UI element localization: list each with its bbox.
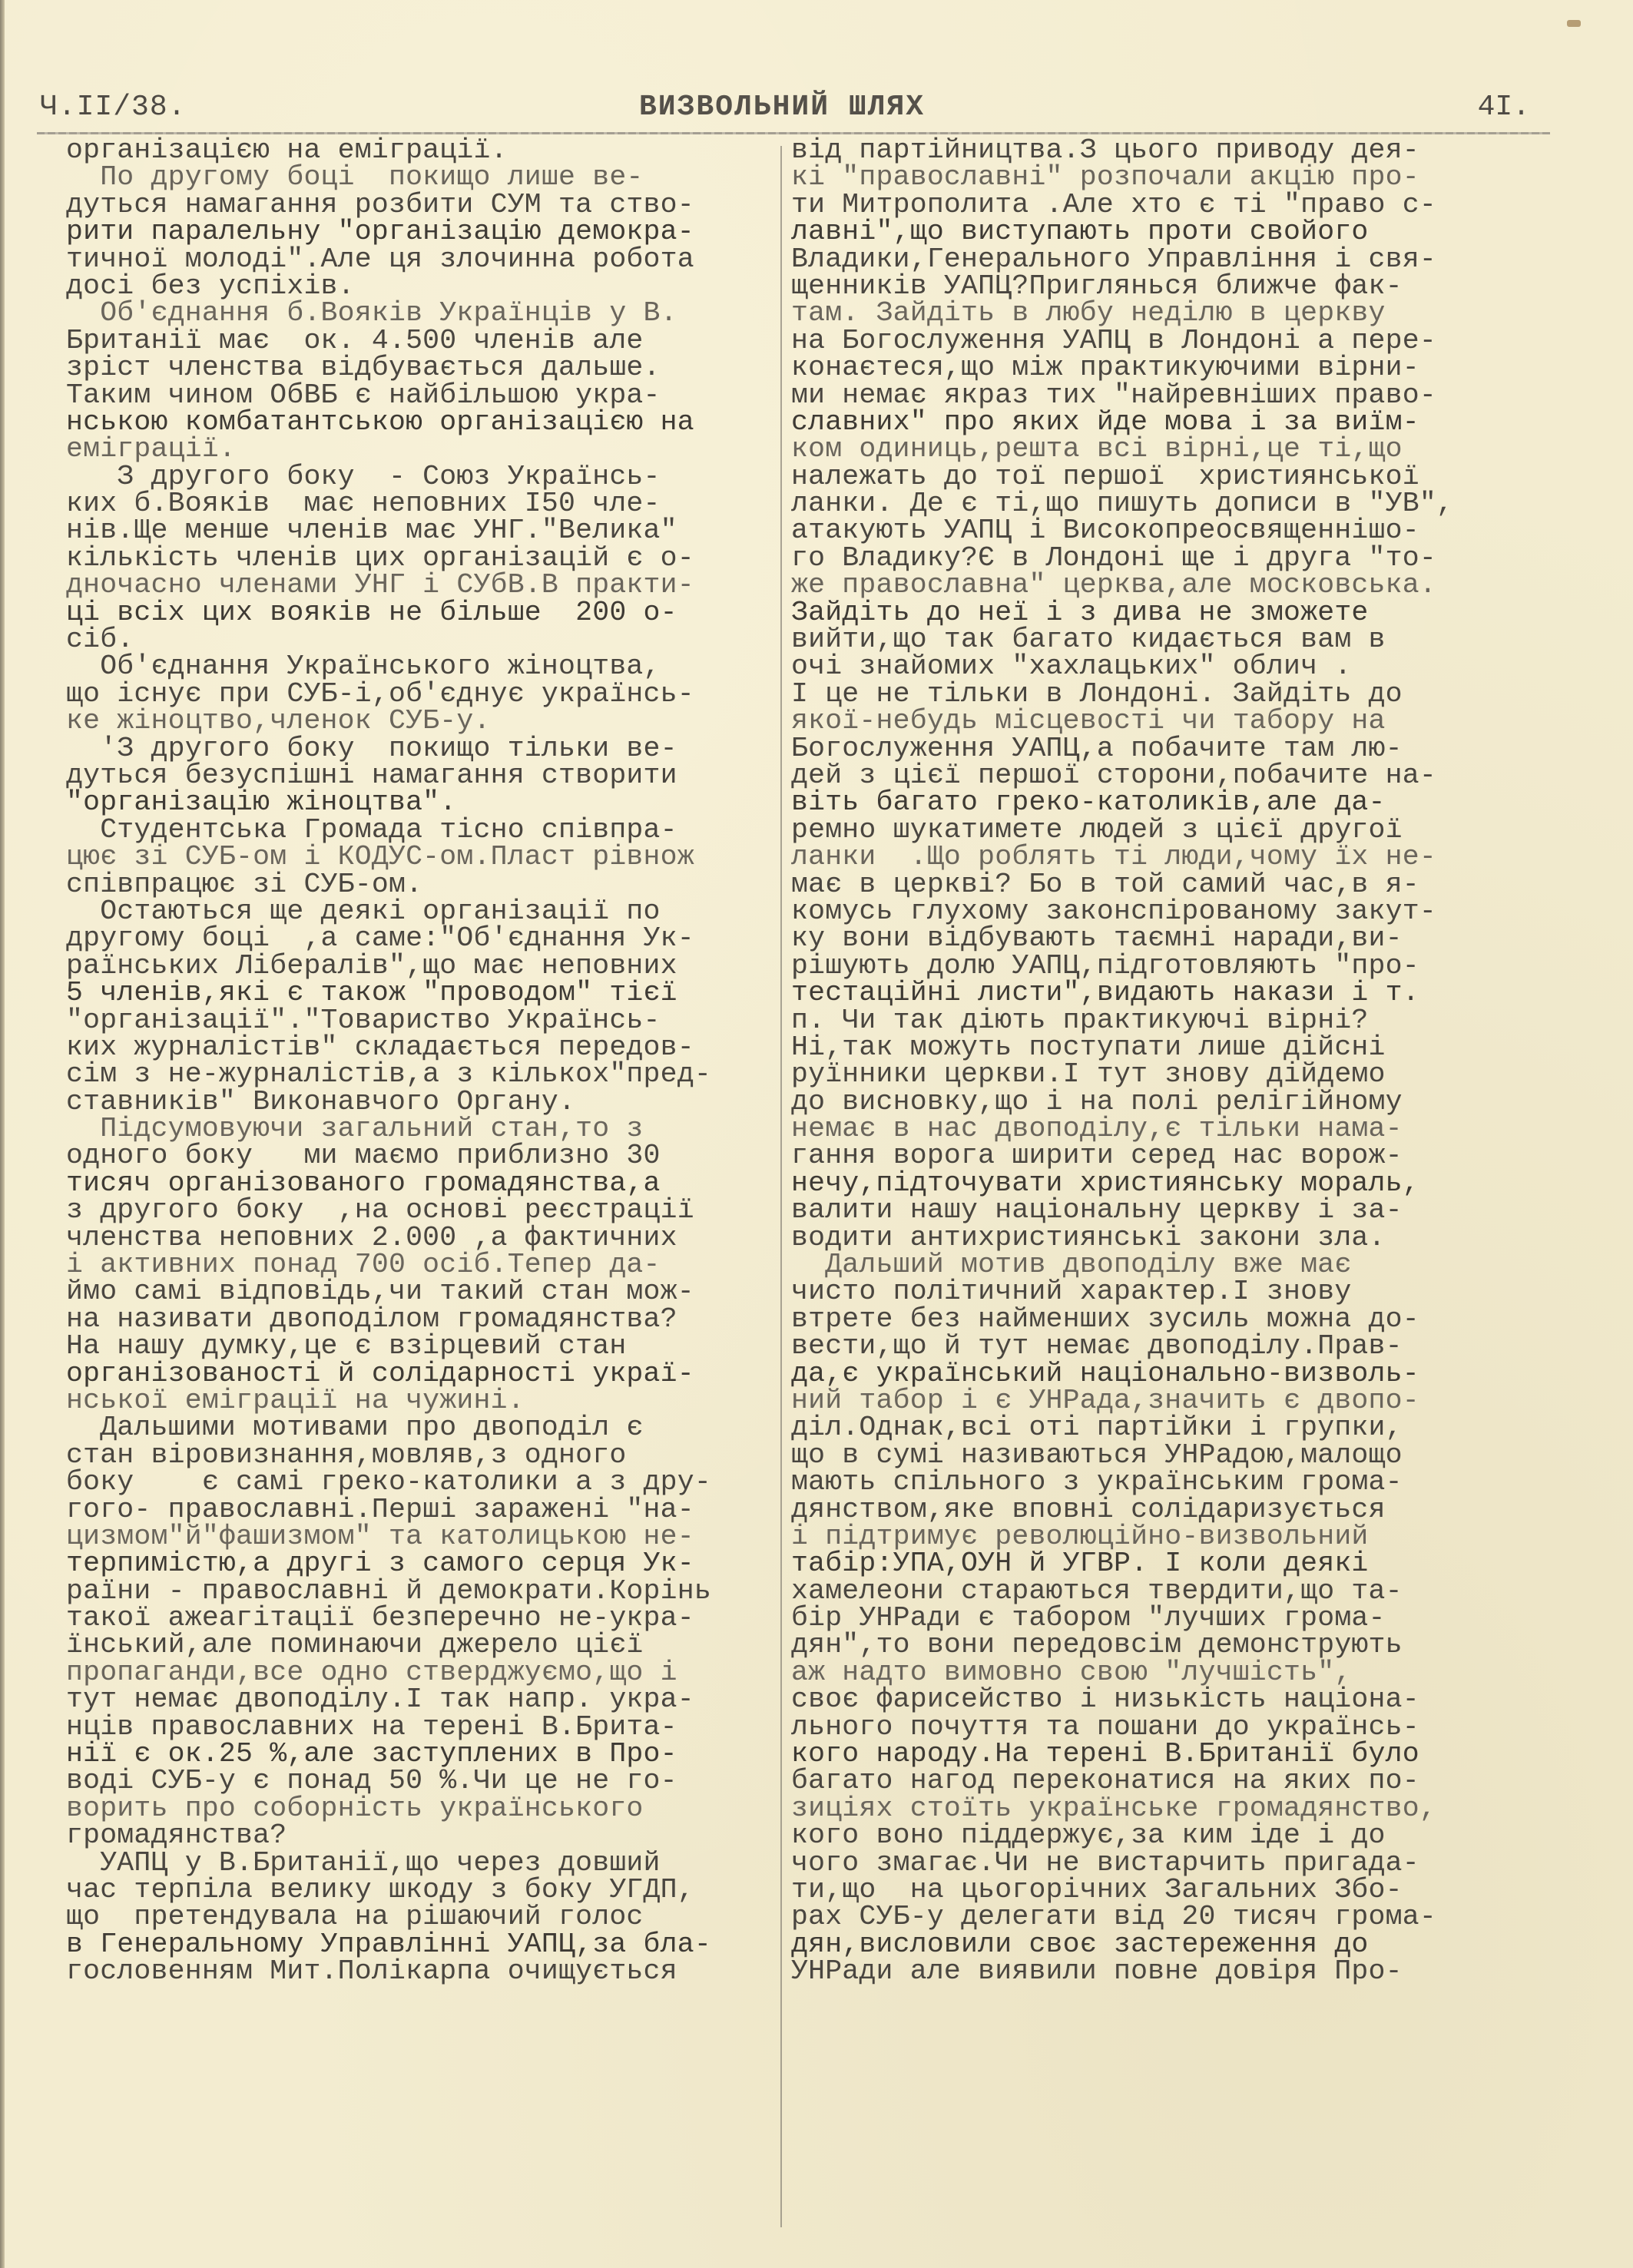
text-line: громадянства? [66, 1822, 773, 1849]
text-line: там. Зайдіть в любу неділю в церкву [791, 300, 1529, 326]
page-number: 4I. [1478, 91, 1530, 124]
text-line: чисто політичний характер.І знову [791, 1278, 1529, 1305]
text-line: Владики,Генерального Управління і свя- [791, 246, 1529, 273]
text-line: рити паралельну "організацію демокра- [66, 218, 773, 245]
text-line: пропаганди,все одно стверджуємо,що і [66, 1659, 773, 1686]
text-line: дуться безуспішні намагання створити [66, 762, 773, 789]
text-line: дянством,яке вповні солідаризується [791, 1496, 1529, 1523]
text-line: що претендувала на рішаючий голос [66, 1903, 773, 1930]
text-line: належать до тої першої християнської [791, 463, 1529, 490]
text-line: такої ажеагітації безперечно не-укра- [66, 1604, 773, 1631]
text-line: 5 членів,які є також "проводом" тієї [66, 979, 773, 1006]
text-line: кількість членів цих організацій є о- [66, 545, 773, 571]
text-line: Об'єднання б.Вояків Українців у В. [66, 300, 773, 326]
text-line: конаєтеся,що між практикуючими вірни- [791, 354, 1529, 381]
text-line: співпрацює зі СУБ-ом. [66, 871, 773, 898]
text-line: лавні",що виступають проти свойого [791, 218, 1529, 245]
text-line: Дальший мотив двоподілу вже має [791, 1251, 1529, 1278]
text-line: ми немає якраз тих "найревніших право- [791, 382, 1529, 409]
text-line: має в церкві? Бо в той самий час,в я- [791, 871, 1529, 898]
text-line: нців православних на терені В.Брита- [66, 1713, 773, 1740]
text-line: ймо самі відповідь,чи такий стан мож- [66, 1278, 773, 1305]
text-line: рішують долю УАПЦ,підготовляють "про- [791, 952, 1529, 979]
text-line: атакують УАПЦ і Високопреосвященнішо- [791, 517, 1529, 544]
text-line: ком одиниць,решта всі вірні,це ті,що [791, 435, 1529, 462]
text-line: ремно шукатимете людей з цієї другої [791, 816, 1529, 843]
text-line: чого змагає.Чи не вистарчить пригада- [791, 1849, 1529, 1876]
text-line: на називати двоподілом громадянства? [66, 1306, 773, 1333]
text-line: тичної молоді".Але ця злочинна робота [66, 246, 773, 273]
page-edge-shadow [0, 0, 5, 2268]
text-line: комусь глухому законспірованому закут- [791, 898, 1529, 925]
journal-title: ВИЗВОЛЬНИЙ ШЛЯХ [639, 91, 925, 124]
text-line: Студентська Громада тісно співпра- [66, 816, 773, 843]
text-line: гого- православні.Перші заражені "на- [66, 1496, 773, 1523]
text-line: го Владику?Є в Лондоні ще і друга "то- [791, 545, 1529, 571]
text-line: немає в нас двоподілу,є тільки нама- [791, 1115, 1529, 1142]
text-line: ке жіноцтво,членок СУБ-у. [66, 707, 773, 734]
text-line: Підсумовуючи загальний стан,то з [66, 1115, 773, 1142]
text-line: дян",то вони передовсім демонструють [791, 1631, 1529, 1658]
text-line: дей з цієї першої сторони,побачите на- [791, 762, 1529, 789]
text-line: І це не тільки в Лондоні. Зайдіть до [791, 680, 1529, 707]
text-line: їнський,але поминаючи джерело цієї [66, 1631, 773, 1658]
text-line: ти,що на цьогорічних Загальних Збо- [791, 1876, 1529, 1903]
text-line: ланки .Що роблять ті люди,чому їх не- [791, 843, 1529, 870]
text-line: Таким чином ОбВБ є найбільшою укра- [66, 382, 773, 409]
text-line: зиціях стоїть українське громадянство, [791, 1795, 1529, 1822]
text-line: Об'єднання Українського жіноцтва, [66, 653, 773, 680]
text-line: зріст членства відбувається дальше. [66, 354, 773, 381]
text-line: Остаються ще деякі організації по [66, 898, 773, 925]
text-line: з другого боку ,на основі реєстрації [66, 1197, 773, 1223]
text-line: ворить про соборність українського [66, 1795, 773, 1822]
text-line: УНРади але виявили повне довіря Про- [791, 1958, 1529, 1985]
text-line: сім з не-журналістів,а з кількох"пред- [66, 1061, 773, 1088]
text-line: організованості й солідарності украї- [66, 1360, 773, 1387]
text-line: своє фарисейство і низькість націона- [791, 1686, 1529, 1713]
text-line: нів.Ще менше членів має УНГ."Велика" [66, 517, 773, 544]
text-line: другому боці ,а саме:"Об'єднання Ук- [66, 925, 773, 952]
text-line: еміграції. [66, 435, 773, 462]
text-line: "організацію жіноцтва". [66, 789, 773, 816]
text-line: "організації"."Товариство Українсь- [66, 1007, 773, 1034]
text-line: тут немає двоподілу.І так напр. укра- [66, 1686, 773, 1713]
text-line: Зайдіть до неї і з дива не зможете [791, 599, 1529, 626]
text-line: очі знайомих "хахлацьких" облич . [791, 653, 1529, 680]
text-line: досі без успіхів. [66, 273, 773, 300]
text-line: руїнники церкви.І тут знову дійдемо [791, 1061, 1529, 1088]
text-line: до висновку,що і на полі релігійному [791, 1088, 1529, 1115]
text-line: віть багато греко-католиків,але да- [791, 789, 1529, 816]
text-line: аж надто вимовно свою "лучшість", [791, 1659, 1529, 1686]
text-line: УАПЦ у В.Британії,що через довший [66, 1849, 773, 1876]
text-line: багато нагод переконатися на яких по- [791, 1767, 1529, 1794]
text-line: цизмом"й"фашизмом" та католицькою не- [66, 1523, 773, 1550]
text-line: тестаційні листи",видають накази і т. [791, 979, 1529, 1006]
text-line: водити антихристиянські закони зла. [791, 1224, 1529, 1251]
text-line: нською комбатантською організацією на [66, 409, 773, 435]
text-line: діл.Однак,всі оті партійки і групки, [791, 1414, 1529, 1441]
text-line: вести,що й тут немає двоподілу.Прав- [791, 1333, 1529, 1359]
text-line: да,є український національно-визволь- [791, 1360, 1529, 1387]
text-line: кі "православні" розпочали акцію про- [791, 164, 1529, 190]
text-line: ку вони відбувають таємні наради,ви- [791, 925, 1529, 952]
text-line: мають спільного з українським грома- [791, 1468, 1529, 1495]
left-text-column: організацією на еміграції. По другому бо… [66, 137, 773, 1985]
text-line: вийти,що так багато кидається вам в [791, 626, 1529, 653]
text-line: ких б.Вояків має неповних I50 чле- [66, 490, 773, 517]
text-line: боку є самі греко-католики а з дру- [66, 1468, 773, 1495]
text-line: кого народу.На терені В.Британії було [791, 1740, 1529, 1767]
text-line: щенників УАПЦ?Приглянься ближче фак- [791, 273, 1529, 300]
text-line: що в сумі називаються УНРадою,малощо [791, 1442, 1529, 1468]
text-line: На нашу думку,це є взірцевий стан [66, 1333, 773, 1359]
text-line: ких журналістів" складається передов- [66, 1034, 773, 1061]
text-line: п. Чи так діють практикуючі вірні? [791, 1007, 1529, 1034]
text-line: стан віровизнання,мовляв,з одного [66, 1442, 773, 1468]
text-line: кого воно піддержує,за ким іде і до [791, 1822, 1529, 1849]
text-line: табір:УПА,ОУН й УГВР. І коли деякі [791, 1550, 1529, 1577]
text-line: дуться намагання розбити СУМ та ство- [66, 191, 773, 218]
text-line: організацією на еміграції. [66, 137, 773, 164]
text-line: дян,висловили своє застереження до [791, 1931, 1529, 1958]
text-line: ці всіх цих вояків не більше 200 о- [66, 599, 773, 626]
text-line: дночасно членами УНГ і СУбВ.В практи- [66, 571, 773, 598]
typewritten-page: Ч.II/38. ВИЗВОЛЬНИЙ ШЛЯХ 4I. організаціє… [0, 0, 1633, 2268]
text-line: бір УНРади є табором "лучших грома- [791, 1604, 1529, 1631]
text-line: Ні,так можуть поступати лише дійсні [791, 1034, 1529, 1061]
text-line: якої-небудь місцевості чи табору на [791, 707, 1529, 734]
text-line: ланки. Де є ті,що пишуть дописи в "УВ", [791, 490, 1529, 517]
text-line: терпимістю,а другі з самого серця Ук- [66, 1550, 773, 1577]
text-line: валити нашу національну церкву і за- [791, 1197, 1529, 1223]
text-line: Богослуження УАПЦ,а побачите там лю- [791, 735, 1529, 762]
text-line: 'З другого боку покищо тільки ве- [66, 735, 773, 762]
text-line: ставників" Виконавчого Органу. [66, 1088, 773, 1115]
text-line: час терпіла велику шкоду з боку УГДП, [66, 1876, 773, 1903]
text-line: раїни - православні й демократи.Корінь [66, 1578, 773, 1604]
text-line: на Богослуження УАПЦ в Лондоні а пере- [791, 327, 1529, 354]
text-line: Дальшими мотивами про двоподіл є [66, 1414, 773, 1441]
text-line: гословенням Мит.Полікарпа очищується [66, 1958, 773, 1985]
text-line: раїнських Лібералів",що має неповних [66, 952, 773, 979]
text-line: одного боку ми маємо приблизно 30 [66, 1142, 773, 1169]
issue-number: Ч.II/38. [40, 91, 186, 124]
text-line: нської еміграції на чужині. [66, 1387, 773, 1414]
text-line: членства неповних 2.000 ,а фактичних [66, 1224, 773, 1251]
text-line: ний табор і є УНРада,значить є двопо- [791, 1387, 1529, 1414]
paper-stain-mark [1567, 20, 1581, 27]
text-line: По другому боці покищо лише ве- [66, 164, 773, 190]
text-line: нії є ок.25 %,але заступлених в Про- [66, 1740, 773, 1767]
text-line: втрете без найменших зусиль можна до- [791, 1306, 1529, 1333]
text-line: З другого боку - Союз Українсь- [66, 463, 773, 490]
text-line: же православна" церква,але московська. [791, 571, 1529, 598]
text-line: Британії має ок. 4.500 членів але [66, 327, 773, 354]
text-line: хамелеони стараються твердити,що та- [791, 1578, 1529, 1604]
text-line: і підтримує революційно-визвольний [791, 1523, 1529, 1550]
text-line: від партійництва.З цього приводу дея- [791, 137, 1529, 164]
page-header: Ч.II/38. ВИЗВОЛЬНИЙ ШЛЯХ 4I. [40, 86, 1561, 132]
text-line: цює зі СУБ-ом і КОДУС-ом.Пласт рівнож [66, 843, 773, 870]
text-line: сіб. [66, 626, 773, 653]
text-line: воді СУБ-у є понад 50 %.Чи це не го- [66, 1767, 773, 1794]
text-line: нечу,підточувати християнську мораль, [791, 1170, 1529, 1197]
column-divider [780, 146, 782, 2227]
text-line: льного почуття та пошани до українсь- [791, 1713, 1529, 1740]
text-line: ти Митрополита .Але хто є ті "право с- [791, 191, 1529, 218]
text-line: тисяч організованого громадянства,а [66, 1170, 773, 1197]
text-line: що існує при СУБ-і,об'єднує українсь- [66, 680, 773, 707]
right-text-column: від партійництва.З цього приводу дея-кі … [791, 137, 1529, 1985]
text-line: і активних понад 700 осіб.Тепер да- [66, 1251, 773, 1278]
text-line: гання ворога ширити серед нас ворож- [791, 1142, 1529, 1169]
text-line: в Генеральному Управлінні УАПЦ,за бла- [66, 1931, 773, 1958]
text-line: славних" про яких йде мова і за виїм- [791, 409, 1529, 435]
text-line: рах СУБ-у делегати від 20 тисяч грома- [791, 1903, 1529, 1930]
